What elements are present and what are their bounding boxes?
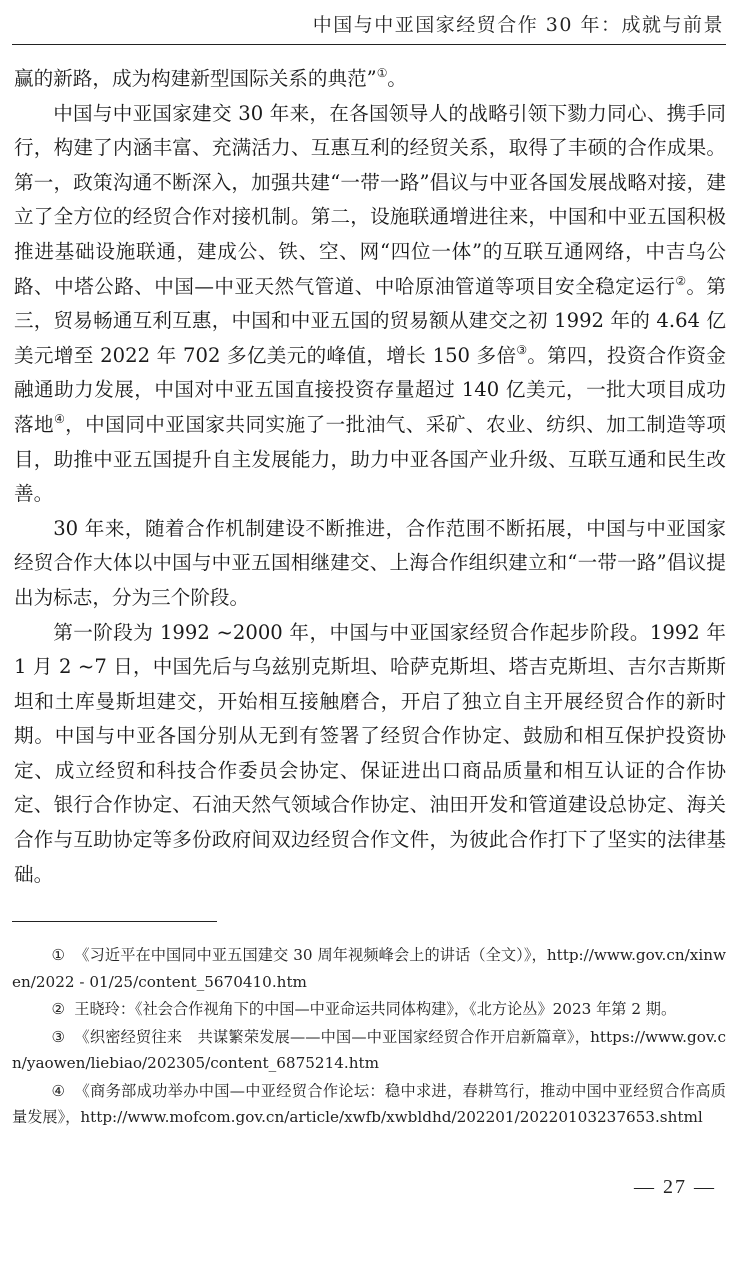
paragraph-1: 赢的新路，成为构建新型国际关系的典范”①。	[14, 62, 726, 97]
footnote-mark: ④	[52, 1082, 66, 1100]
footnote-1: ①《习近平在中国同中亚五国建交 30 周年视频峰会上的讲话（全文）》，http:…	[12, 942, 726, 995]
footnote-4: ④《商务部成功举办中国—中亚经贸合作论坛：稳中求进，春耕笃行，推动中国中亚经贸合…	[12, 1078, 726, 1131]
footnote-mark: ①	[52, 946, 66, 964]
footnote-mark: ③	[52, 1028, 66, 1046]
footnote-ref-2[interactable]: ②	[675, 273, 686, 287]
footnote-2: ②王晓玲：《社会合作视角下的中国—中亚命运共同体构建》，《北方论丛》2023 年…	[12, 996, 726, 1023]
paragraph-2: 中国与中亚国家建交 30 年来，在各国领导人的战略引领下勠力同心、携手同行，构建…	[14, 97, 726, 512]
footnote-separator	[12, 921, 217, 922]
footnote-mark: ②	[52, 1000, 66, 1018]
footnotes: ①《习近平在中国同中亚五国建交 30 周年视频峰会上的讲话（全文）》，http:…	[12, 942, 726, 1132]
body-text: 赢的新路，成为构建新型国际关系的典范”①。 中国与中亚国家建交 30 年来，在各…	[14, 62, 726, 892]
header-rule	[12, 44, 726, 45]
footnote-ref-3[interactable]: ③	[516, 343, 527, 357]
paragraph-3: 30 年来，随着合作机制建设不断推进，合作范围不断拓展，中国与中亚国家经贸合作大…	[14, 512, 726, 616]
paragraph-4: 第一阶段为 1992 ~2000 年，中国与中亚国家经贸合作起步阶段。1992 …	[14, 616, 726, 893]
page-number: — 27 —	[634, 1176, 716, 1199]
footnote-ref-4[interactable]: ④	[54, 412, 65, 426]
footnote-ref-1[interactable]: ①	[377, 66, 388, 80]
running-header-title: 中国与中亚国家经贸合作 30 年：成就与前景	[313, 10, 724, 37]
footnote-3: ③《织密经贸往来 共谋繁荣发展——中国—中亚国家经贸合作开启新篇章》，https…	[12, 1024, 726, 1077]
